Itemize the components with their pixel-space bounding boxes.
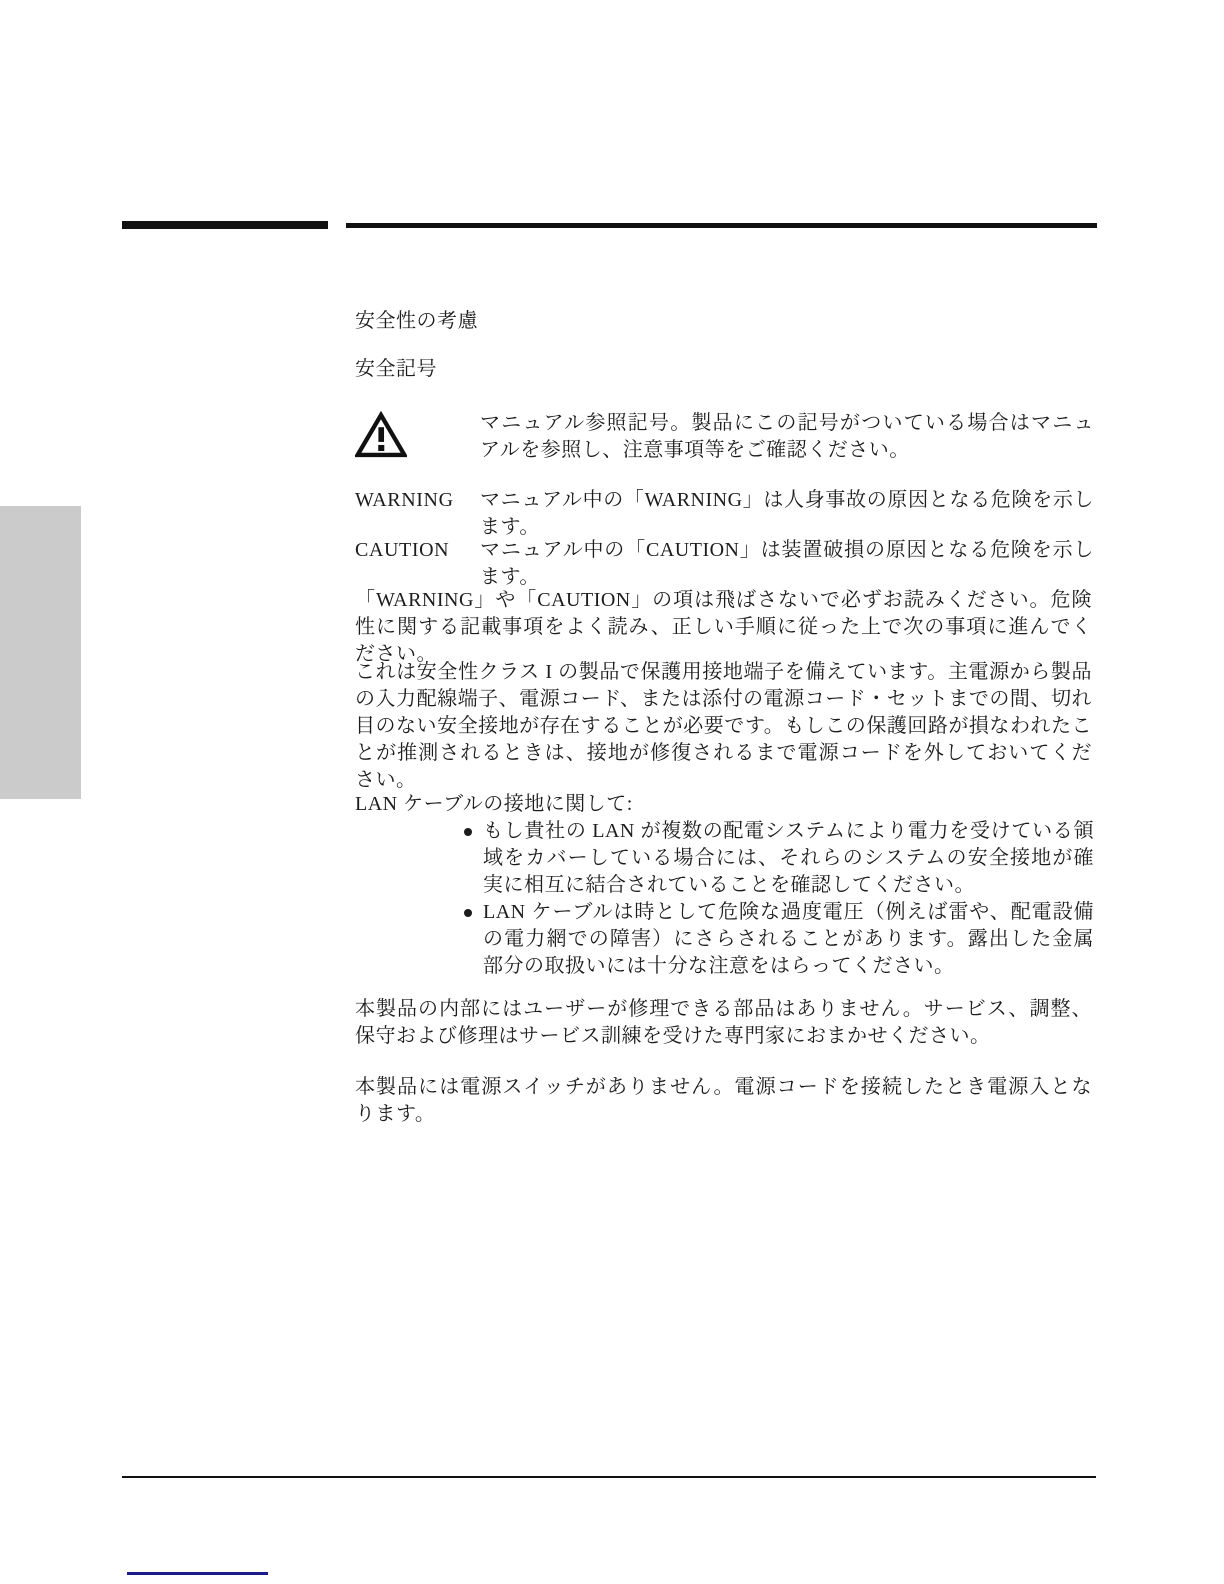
lan-bullet-multiple-power-systems: もし貴社の LAN が複数の配電システムにより電力を受けている領域をカバーしてい… <box>462 818 1094 899</box>
caution-label: CAUTION <box>355 537 475 564</box>
footer-accent-line <box>127 1572 268 1575</box>
manual-reference-symbol-text: マニュアル参照記号。製品にこの記号がついている場合はマニュアルを参照し、注意事項… <box>480 410 1094 464</box>
paragraph-read-all-warnings: 「WARNING」や「CAUTION」の項は飛ばさないで必ずお読みください。危険… <box>355 587 1092 668</box>
lan-grounding-heading: LAN ケーブルの接地に関して: <box>355 791 915 818</box>
warning-triangle-icon <box>355 411 407 459</box>
paragraph-no-power-switch: 本製品には電源スイッチがありません。電源コードを接続したとき電源入となります。 <box>355 1074 1092 1128</box>
document-page: 安全性の考慮 安全記号 マニュアル参照記号。製品にこの記号がついている場合はマニ… <box>0 0 1224 1584</box>
caution-definition-text: マニュアル中の「CAUTION」は装置破損の原因となる危険を示します。 <box>480 537 1094 591</box>
paragraph-safety-class-grounding: これは安全性クラス I の製品で保護用接地端子を備えています。主電源から製品の入… <box>355 659 1092 794</box>
section-heading-safety-symbols: 安全記号 <box>355 356 855 383</box>
header-rule-main <box>346 223 1097 228</box>
warning-definition-text: マニュアル中の「WARNING」は人身事故の原因となる危険を示します。 <box>480 487 1094 541</box>
warning-label: WARNING <box>355 487 475 514</box>
chapter-tab <box>0 506 81 799</box>
header-rule-left <box>122 221 328 229</box>
lan-grounding-bullet-list: もし貴社の LAN が複数の配電システムにより電力を受けている領域をカバーしてい… <box>462 818 1094 980</box>
lan-bullet-transient-voltage: LAN ケーブルは時として危険な過度電圧（例えば雷や、配電設備の電力網での障害）… <box>462 899 1094 980</box>
footer-rule <box>122 1476 1096 1478</box>
paragraph-no-user-serviceable-parts: 本製品の内部にはユーザーが修理できる部品はありません。サービス、調整、保守および… <box>355 996 1092 1050</box>
section-heading-safety-considerations: 安全性の考慮 <box>355 308 855 335</box>
